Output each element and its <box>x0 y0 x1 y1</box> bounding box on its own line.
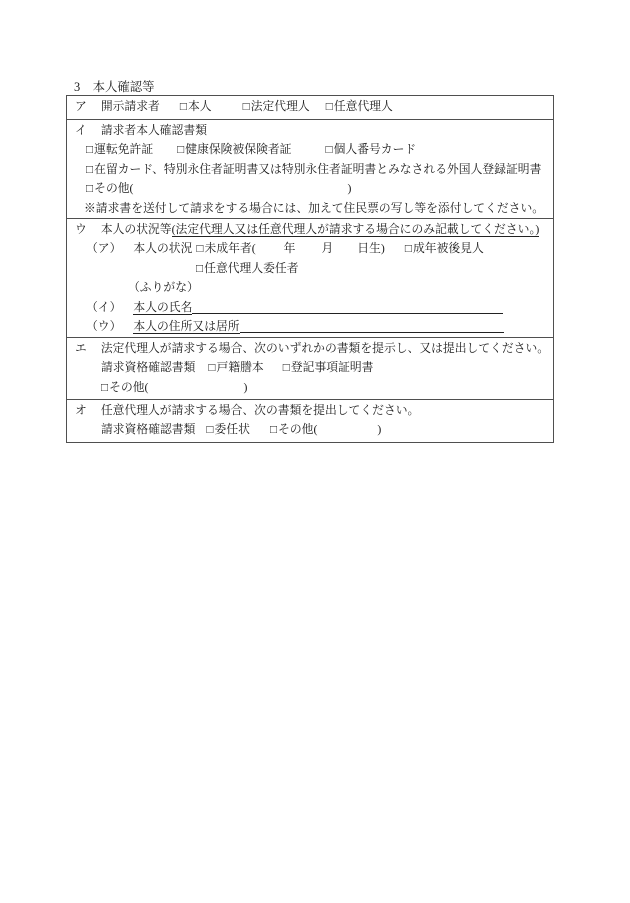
checkbox-icon: □ <box>86 160 93 179</box>
legal-rep-docs-label: 請求資格確認書類 <box>101 360 195 374</box>
principal-name-label: 本人の氏名 <box>133 300 192 315</box>
checkbox-label: その他( <box>109 380 148 394</box>
identity-docs-other-line: □その他() <box>75 179 545 198</box>
checkbox-option-voluntary-delegator[interactable]: □任意代理人委任者 <box>196 261 299 275</box>
row-key-o: オ <box>75 403 87 417</box>
voluntary-rep-docs-label: 請求資格確認書類 <box>101 422 195 436</box>
checkbox-option-minor[interactable]: □未成年者( <box>196 241 255 255</box>
identity-docs-heading-line: イ請求者本人確認書類 <box>75 121 545 140</box>
checkbox-option-power-of-attorney[interactable]: □委任状 <box>206 422 250 436</box>
birth-month-label: 月 <box>321 241 333 255</box>
row-key-a: ア <box>75 99 87 113</box>
checkbox-option-other-voluntary[interactable]: □その他( <box>270 422 317 436</box>
checkbox-icon: □ <box>196 239 203 258</box>
checkbox-icon: □ <box>86 179 93 198</box>
other-identity-close-paren: ) <box>347 181 351 195</box>
birth-year-label: 年 <box>284 241 296 255</box>
checkbox-label: 登記事項証明書 <box>291 360 374 374</box>
identity-docs-note-line: ※請求書を送付して請求をする場合には、加えて住民票の写し等を添付してください。 <box>75 199 545 218</box>
checkbox-icon: □ <box>101 378 108 397</box>
checkbox-label: 任意代理人 <box>334 99 393 113</box>
legal-rep-heading-line: エ法定代理人が請求する場合、次のいずれかの書類を提示し、又は提出してください。 <box>75 339 545 358</box>
checkbox-label: 本人 <box>188 99 212 113</box>
checkbox-option-principal[interactable]: □本人 <box>180 99 212 113</box>
checkbox-option-health-insurance-card[interactable]: □健康保険被保険者証 <box>177 142 291 156</box>
mail-request-note: ※請求書を送付して請求をする場合には、加えて住民票の写し等を添付してください。 <box>84 201 544 215</box>
other-voluntary-close-paren: ) <box>377 422 381 436</box>
identity-docs-options-line: □運転免許証□健康保険被保険者証□個人番号カード <box>75 140 545 159</box>
row-key-u: ウ <box>75 222 87 236</box>
principal-status-heading: 本人の状況等 <box>101 222 172 236</box>
checkbox-label: 健康保険被保険者証 <box>185 142 291 156</box>
other-legal-blank[interactable] <box>148 390 243 391</box>
checkbox-icon: □ <box>86 140 93 159</box>
voluntary-rep-docs-line: 請求資格確認書類□委任状□その他() <box>75 420 545 439</box>
principal-name-fill-line[interactable] <box>192 302 503 314</box>
sub-key-a: （ア） <box>86 241 121 255</box>
checkbox-label: 委任状 <box>215 422 250 436</box>
row-key-e: エ <box>75 341 87 355</box>
checkbox-icon: □ <box>208 358 215 377</box>
checkbox-label: 法定代理人 <box>251 99 310 113</box>
other-legal-close-paren: ) <box>243 380 247 394</box>
identity-docs-residence-card-line: □在留カード、特別永住者証明書又は特別永住者証明書とみなされる外国人登録証明書 <box>75 160 545 179</box>
furigana-label: （ふりがな） <box>128 280 199 294</box>
requester-line: ア開示請求者□本人□法定代理人□任意代理人 <box>75 97 545 116</box>
voluntary-rep-heading: 任意代理人が請求する場合、次の書類を提出してください。 <box>101 403 420 417</box>
checkbox-option-registration-certificate[interactable]: □登記事項証明書 <box>283 360 374 374</box>
row-disclosure-requester: ア開示請求者□本人□法定代理人□任意代理人 <box>67 96 553 119</box>
checkbox-icon: □ <box>180 97 187 116</box>
principal-address-line: （ウ）本人の住所又は居所 <box>75 317 545 336</box>
checkbox-icon: □ <box>177 140 184 159</box>
checkbox-icon: □ <box>326 97 333 116</box>
birth-day-label: 日生) <box>357 241 385 255</box>
voluntary-rep-heading-line: オ任意代理人が請求する場合、次の書類を提出してください。 <box>75 401 545 420</box>
checkbox-icon: □ <box>196 259 203 278</box>
requester-heading: 開示請求者 <box>101 99 160 113</box>
checkbox-label: その他( <box>94 181 133 195</box>
checkbox-option-drivers-license[interactable]: □運転免許証 <box>86 142 153 156</box>
checkbox-label: 運転免許証 <box>94 142 153 156</box>
birth-day-blank[interactable] <box>333 251 357 252</box>
checkbox-label: 個人番号カード <box>334 142 417 156</box>
principal-address-label: 本人の住所又は居所 <box>133 319 239 334</box>
identity-verification-table: ア開示請求者□本人□法定代理人□任意代理人 イ請求者本人確認書類 □運転免許証□… <box>66 95 554 443</box>
identity-docs-heading: 請求者本人確認書類 <box>101 123 207 137</box>
principal-status-heading-line: ウ本人の状況等(法定代理人又は任意代理人が請求する場合にのみ記載してください。) <box>75 220 545 239</box>
legal-rep-other-line: □その他() <box>75 378 545 397</box>
checkbox-icon: □ <box>405 239 412 258</box>
principal-status-heading-note: (法定代理人又は任意代理人が請求する場合にのみ記載してください。) <box>172 222 540 237</box>
document-page: 3 本人確認等 ア開示請求者□本人□法定代理人□任意代理人 イ請求者本人確認書類… <box>0 0 630 903</box>
row-principal-status: ウ本人の状況等(法定代理人又は任意代理人が請求する場合にのみ記載してください。)… <box>67 218 553 337</box>
checkbox-option-voluntary-representative[interactable]: □任意代理人 <box>326 99 393 113</box>
other-voluntary-blank[interactable] <box>317 432 377 433</box>
other-identity-blank[interactable] <box>133 191 347 192</box>
checkbox-option-residence-card[interactable]: □在留カード、特別永住者証明書又は特別永住者証明書とみなされる外国人登録証明書 <box>86 162 541 176</box>
checkbox-icon: □ <box>206 420 213 439</box>
sub-key-u: （ウ） <box>86 319 121 333</box>
checkbox-label: 任意代理人委任者 <box>204 261 298 275</box>
principal-status-line: （ア）本人の状況□未成年者(年月日生)□成年被後見人 <box>75 239 545 258</box>
checkbox-icon: □ <box>270 420 277 439</box>
checkbox-icon: □ <box>283 358 290 377</box>
checkbox-option-other-legal[interactable]: □その他( <box>101 380 148 394</box>
row-identity-documents: イ請求者本人確認書類 □運転免許証□健康保険被保険者証□個人番号カード □在留カ… <box>67 119 553 218</box>
principal-name-line: （イ）本人の氏名 <box>75 298 545 317</box>
birth-month-blank[interactable] <box>295 251 321 252</box>
checkbox-label: その他( <box>278 422 317 436</box>
row-key-i: イ <box>75 123 87 137</box>
checkbox-option-adult-ward[interactable]: □成年被後見人 <box>405 241 484 255</box>
row-legal-representative-docs: エ法定代理人が請求する場合、次のいずれかの書類を提示し、又は提出してください。 … <box>67 337 553 399</box>
sub-key-i: （イ） <box>86 300 121 314</box>
checkbox-icon: □ <box>325 140 332 159</box>
checkbox-option-legal-representative[interactable]: □法定代理人 <box>243 99 310 113</box>
checkbox-option-family-register[interactable]: □戸籍謄本 <box>208 360 263 374</box>
checkbox-label: 戸籍謄本 <box>217 360 264 374</box>
row-voluntary-representative-docs: オ任意代理人が請求する場合、次の書類を提出してください。 請求資格確認書類□委任… <box>67 399 553 442</box>
checkbox-label: 在留カード、特別永住者証明書又は特別永住者証明書とみなされる外国人登録証明書 <box>94 162 541 176</box>
furigana-line: （ふりがな） <box>75 278 545 297</box>
legal-rep-heading: 法定代理人が請求する場合、次のいずれかの書類を提示し、又は提出してください。 <box>101 341 549 355</box>
voluntary-delegator-line: □任意代理人委任者 <box>75 259 545 278</box>
principal-status-label: 本人の状況 <box>133 241 192 255</box>
checkbox-option-individual-number-card[interactable]: □個人番号カード <box>325 142 416 156</box>
checkbox-label: 未成年者( <box>205 241 256 255</box>
checkbox-option-other-identity[interactable]: □その他( <box>86 181 133 195</box>
checkbox-label: 成年被後見人 <box>413 241 484 255</box>
section-title: 3 本人確認等 <box>74 77 155 95</box>
birth-year-blank[interactable] <box>256 251 284 252</box>
principal-address-fill-line[interactable] <box>240 321 504 333</box>
legal-rep-docs-line: 請求資格確認書類□戸籍謄本□登記事項証明書 <box>75 358 545 377</box>
checkbox-icon: □ <box>243 97 250 116</box>
